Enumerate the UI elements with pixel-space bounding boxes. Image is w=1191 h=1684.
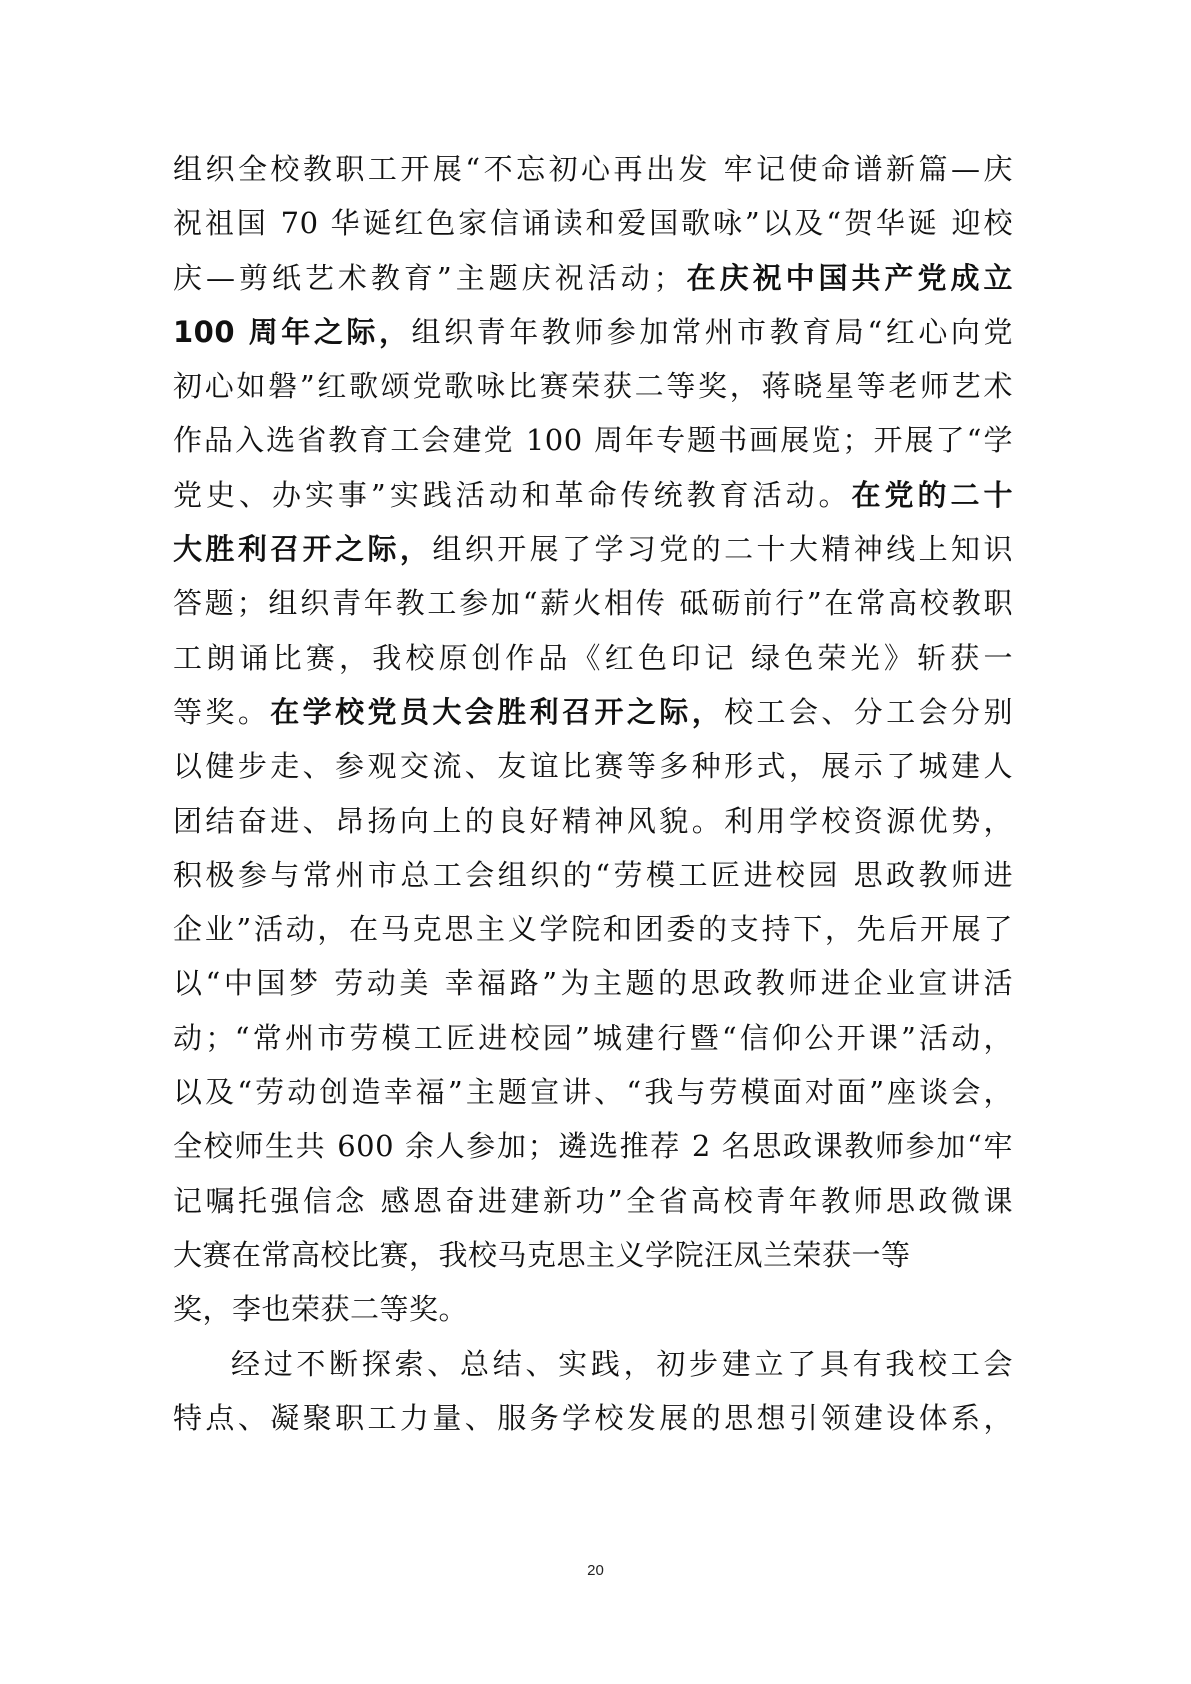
text-run: 以健步走、参观交流、友谊比赛等多种形式，展示了城建人	[173, 749, 1013, 783]
text-run: 记嘱托强信念 感恩奋进建新功”全省高校青年教师思政微课	[173, 1184, 1013, 1218]
text-line: 以及“劳动创造幸福”主题宣讲、“我与劳模面对面”座谈会，	[173, 1065, 1013, 1119]
text-run: 党史、办实事”实践活动和革命传统教育活动。	[173, 478, 852, 512]
text-line: 以“中国梦 劳动美 幸福路”为主题的思政教师进企业宣讲活	[173, 956, 1013, 1010]
text-line: 大胜利召开之际，组织开展了学习党的二十大精神线上知识	[173, 522, 1013, 576]
text-line: 党史、办实事”实践活动和革命传统教育活动。在党的二十	[173, 468, 1013, 522]
text-line: 等奖。在学校党员大会胜利召开之际，校工会、分工会分别	[173, 685, 1013, 739]
text-line: 初心如磐”红歌颂党歌咏比赛荣获二等奖，蒋晓星等老师艺术	[173, 359, 1013, 413]
text-run: 以“中国梦 劳动美 幸福路”为主题的思政教师进企业宣讲活	[173, 966, 1013, 1000]
text-line: 积极参与常州市总工会组织的“劳模工匠进校园 思政教师进	[173, 848, 1013, 902]
text-run: 团结奋进、昂扬向上的良好精神风貌。利用学校资源优势，	[173, 804, 1013, 838]
text-line: 工朗诵比赛，我校原创作品《红色印记 绿色荣光》斩获一	[173, 631, 1013, 685]
bold-text-run: 100 周年之际，	[173, 315, 412, 349]
bold-text-run: 在学校党员大会胜利召开之际，	[270, 695, 724, 729]
text-run: 初心如磐”红歌颂党歌咏比赛荣获二等奖，蒋晓星等老师艺术	[173, 369, 1013, 403]
text-run: 全校师生共 600 余人参加；遴选推荐 2 名思政课教师参加“牢	[173, 1129, 1013, 1163]
text-line: 特点、凝聚职工力量、服务学校发展的思想引领建设体系，	[173, 1391, 1013, 1445]
text-run: 动；“常州市劳模工匠进校园”城建行暨“信仰公开课”活动，	[173, 1021, 1013, 1055]
text-run: 积极参与常州市总工会组织的“劳模工匠进校园 思政教师进	[173, 858, 1013, 892]
text-run: 特点、凝聚职工力量、服务学校发展的思想引领建设体系，	[173, 1401, 1013, 1435]
text-line: 团结奋进、昂扬向上的良好精神风貌。利用学校资源优势，	[173, 794, 1013, 848]
text-line: 企业”活动，在马克思主义学院和团委的支持下，先后开展了	[173, 902, 1013, 956]
text-line: 作品入选省教育工会建党 100 周年专题书画展览；开展了“学	[173, 413, 1013, 467]
text-run: 组织开展了学习党的二十大精神线上知识	[432, 532, 1013, 566]
text-line: 大赛在常高校比赛，我校马克思主义学院汪凤兰荣获一等	[173, 1228, 1013, 1282]
text-run: 工朗诵比赛，我校原创作品《红色印记 绿色荣光》斩获一	[173, 641, 1013, 675]
page-number: 20	[0, 1562, 1191, 1579]
text-run: 组织青年教师参加常州市教育局“红心向党	[412, 315, 1013, 349]
text-run: 经过不断探索、总结、实践，初步建立了具有我校工会	[231, 1347, 1013, 1381]
text-line: 祝祖国 70 华诞红色家信诵读和爱国歌咏”以及“贺华诞 迎校	[173, 196, 1013, 250]
text-run: 组织全校教职工开展“不忘初心再出发 牢记使命谱新篇—庆	[173, 152, 1013, 186]
bold-text-run: 在党的二十	[852, 478, 1013, 512]
body-text: 组织全校教职工开展“不忘初心再出发 牢记使命谱新篇—庆 祝祖国 70 华诞红色家…	[173, 142, 1013, 1445]
text-line: 经过不断探索、总结、实践，初步建立了具有我校工会	[173, 1337, 1013, 1391]
bold-text-run: 在庆祝中国共产党成立	[683, 261, 1013, 295]
text-line: 答题；组织青年教工参加“薪火相传 砥砺前行”在常高校教职	[173, 576, 1013, 630]
text-run: 庆—剪纸艺术教育”主题庆祝活动；	[173, 261, 683, 295]
bold-text-run: 大胜利召开之际，	[173, 532, 432, 566]
text-run: 作品入选省教育工会建党 100 周年专题书画展览；开展了“学	[173, 423, 1013, 457]
text-line: 庆—剪纸艺术教育”主题庆祝活动；在庆祝中国共产党成立	[173, 251, 1013, 305]
text-run: 奖，李也荣获二等奖。	[173, 1292, 468, 1326]
text-run: 校工会、分工会分别	[724, 695, 1013, 729]
text-line: 以健步走、参观交流、友谊比赛等多种形式，展示了城建人	[173, 739, 1013, 793]
text-run: 等奖。	[173, 695, 270, 729]
text-line: 100 周年之际，组织青年教师参加常州市教育局“红心向党	[173, 305, 1013, 359]
text-line: 组织全校教职工开展“不忘初心再出发 牢记使命谱新篇—庆	[173, 142, 1013, 196]
text-run: 企业”活动，在马克思主义学院和团委的支持下，先后开展了	[173, 912, 1013, 946]
text-line: 动；“常州市劳模工匠进校园”城建行暨“信仰公开课”活动，	[173, 1011, 1013, 1065]
document-page: 组织全校教职工开展“不忘初心再出发 牢记使命谱新篇—庆 祝祖国 70 华诞红色家…	[0, 0, 1191, 1684]
text-run: 祝祖国 70 华诞红色家信诵读和爱国歌咏”以及“贺华诞 迎校	[173, 206, 1013, 240]
text-run: 以及“劳动创造幸福”主题宣讲、“我与劳模面对面”座谈会，	[173, 1075, 1013, 1109]
text-run: 大赛在常高校比赛，我校马克思主义学院汪凤兰荣获一等	[173, 1238, 911, 1272]
text-line: 全校师生共 600 余人参加；遴选推荐 2 名思政课教师参加“牢	[173, 1119, 1013, 1173]
text-line: 记嘱托强信念 感恩奋进建新功”全省高校青年教师思政微课	[173, 1174, 1013, 1228]
text-line: 奖，李也荣获二等奖。	[173, 1282, 1013, 1336]
text-run: 答题；组织青年教工参加“薪火相传 砥砺前行”在常高校教职	[173, 586, 1013, 620]
